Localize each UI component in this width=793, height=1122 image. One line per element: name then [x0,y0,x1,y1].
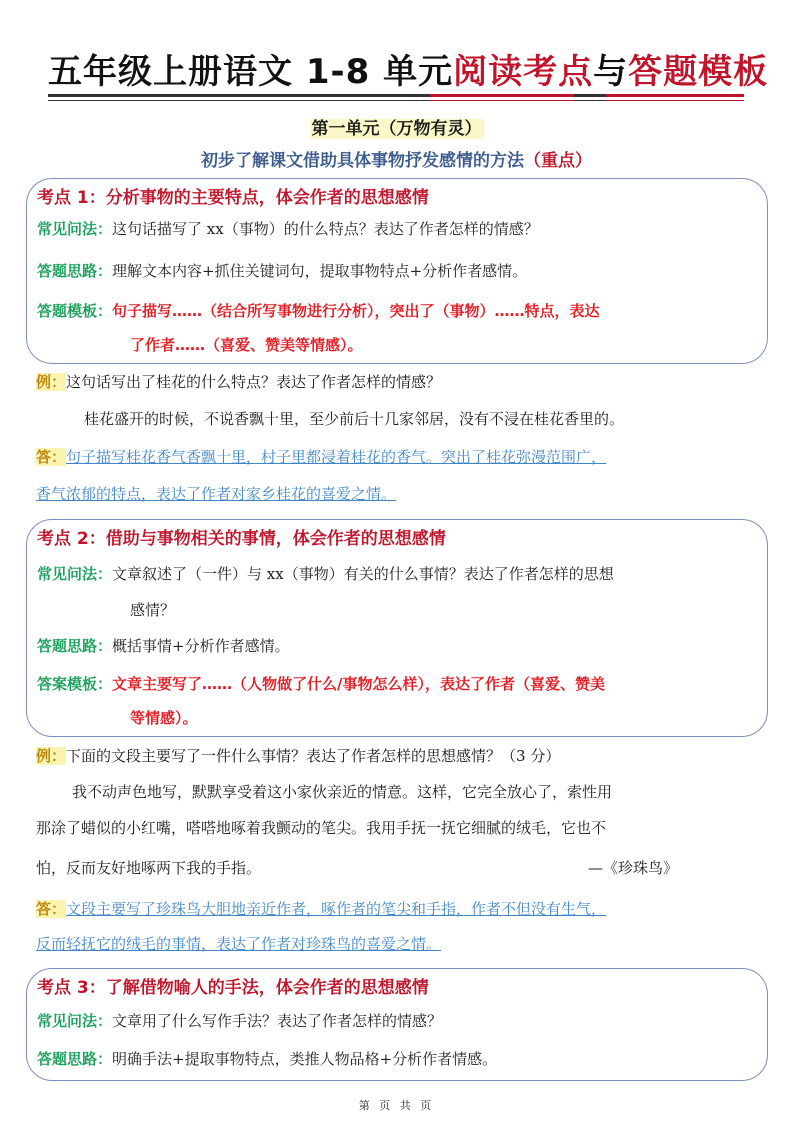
example-label: 例： [36,373,66,391]
common-question-row: 常见问法：这句话描写了 xx（事物）的什么特点？表达了作者怎样的情感？ [37,213,539,245]
exam-point-heading: 考点 3：了解借物喻人的手法，体会作者的思想感情 [37,973,429,998]
subtitle-highlight: （重点） [524,151,592,171]
example-passage-line: 那涂了蜡似的小红嘴，嗒嗒地啄着我颤动的笔尖。我用手抚一抚它细腻的绒毛，它也不 [36,812,606,844]
underline-red-segment [430,94,574,101]
underline-black-segment [48,94,430,101]
example-answer: 答：句子描写桂花香气香飘十里，村子里都浸着桂花的香气。突出了桂花弥漫范围广， [36,441,606,473]
main-title: 五年级上册语文 1-8 单元阅读考点与答题模板 [48,52,744,92]
title-mid-part: 与 [593,52,628,92]
example-label: 例： [36,747,66,765]
common-question-row: 常见问法：文章用了什么写作手法？表达了作者怎样的情感？ [37,1005,442,1037]
exam-point-heading: 考点 1：分析事物的主要特点，体会作者的思想感情 [37,183,429,208]
answer-idea-row: 答题思路：理解文本内容+抓住关键词句，提取事物特点+分析作者感情。 [37,255,527,287]
example-source: —《珍珠鸟》 [588,852,678,884]
underline-black-segment [574,94,606,101]
example-question: 例：下面的文段主要写了一件什么事情？表达了作者怎样的思想感情？（3 分） [36,740,560,772]
page-footer: 第 页 共 页 [0,1097,793,1113]
answer-label: 答： [36,900,66,918]
example-question: 例：这句话写出了桂花的什么特点？表达了作者怎样的情感？ [36,366,441,398]
document-title: 五年级上册语文 1-8 单元阅读考点与答题模板 [48,52,744,92]
example-passage-line: 怕，反而友好地啄两下我的手指。 [36,852,261,884]
answer-template-row: 答案模板：文章主要写了……（人物做了什么/事物怎么样），表达了作者（喜爱、赞美 [37,668,605,700]
exam-point-heading: 考点 2：借助与事物相关的事情，体会作者的思想感情 [37,524,446,549]
answer-template-row-cont: 等情感）。 [130,702,198,734]
example-passage: 桂花盛开的时候，不说香飘十里，至少前后十几家邻居，没有不浸在桂花香里的。 [84,403,624,435]
example-passage-line: 我不动声色地写，默默享受着这小家伙亲近的情意。这样，它完全放心了，索性用 [72,776,612,808]
title-red-part-2: 答题模板 [628,52,768,92]
common-question-row-cont: 感情？ [130,594,175,626]
answer-label: 答： [36,448,66,466]
example-answer: 答：文段主要写了珍珠鸟大胆地亲近作者，啄作者的笔尖和手指，作者不但没有生气， [36,893,606,925]
exam-point-box-3: 考点 3：了解借物喻人的手法，体会作者的思想感情 常见问法：文章用了什么写作手法… [26,968,768,1081]
unit-title: 第一单元（万物有灵） [0,114,793,139]
answer-template-row-cont: 了作者……（喜爱、赞美等情感）。 [130,329,363,361]
underline-red-segment [606,94,744,101]
title-double-underline [48,94,744,101]
answer-template-row: 答题模板：句子描写……（结合所写事物进行分析），突出了（事物）……特点，表达 [37,295,600,327]
common-question-row: 常见问法：文章叙述了（一件）与 xx（事物）有关的什么事情？表达了作者怎样的思想 [37,558,614,590]
title-black-part: 五年级上册语文 1-8 单元 [48,52,453,92]
example-answer-cont: 香气浓郁的特点，表达了作者对家乡桂花的喜爱之情。 [36,478,396,510]
title-red-part-1: 阅读考点 [453,52,593,92]
exam-point-box-2: 考点 2：借助与事物相关的事情，体会作者的思想感情 常见问法：文章叙述了（一件）… [26,519,768,737]
unit-subtitle: 初步了解课文借助具体事物抒发感情的方法（重点） [0,146,793,171]
example-answer-cont: 反而轻抚它的绒毛的事情，表达了作者对珍珠鸟的喜爱之情。 [36,928,441,960]
answer-idea-row: 答题思路：概括事情+分析作者感情。 [37,630,290,662]
exam-point-box-1: 考点 1：分析事物的主要特点，体会作者的思想感情 常见问法：这句话描写了 xx（… [26,178,768,364]
answer-idea-row: 答题思路：明确手法+提取事物特点，类推人物品格+分析作者情感。 [37,1043,497,1075]
